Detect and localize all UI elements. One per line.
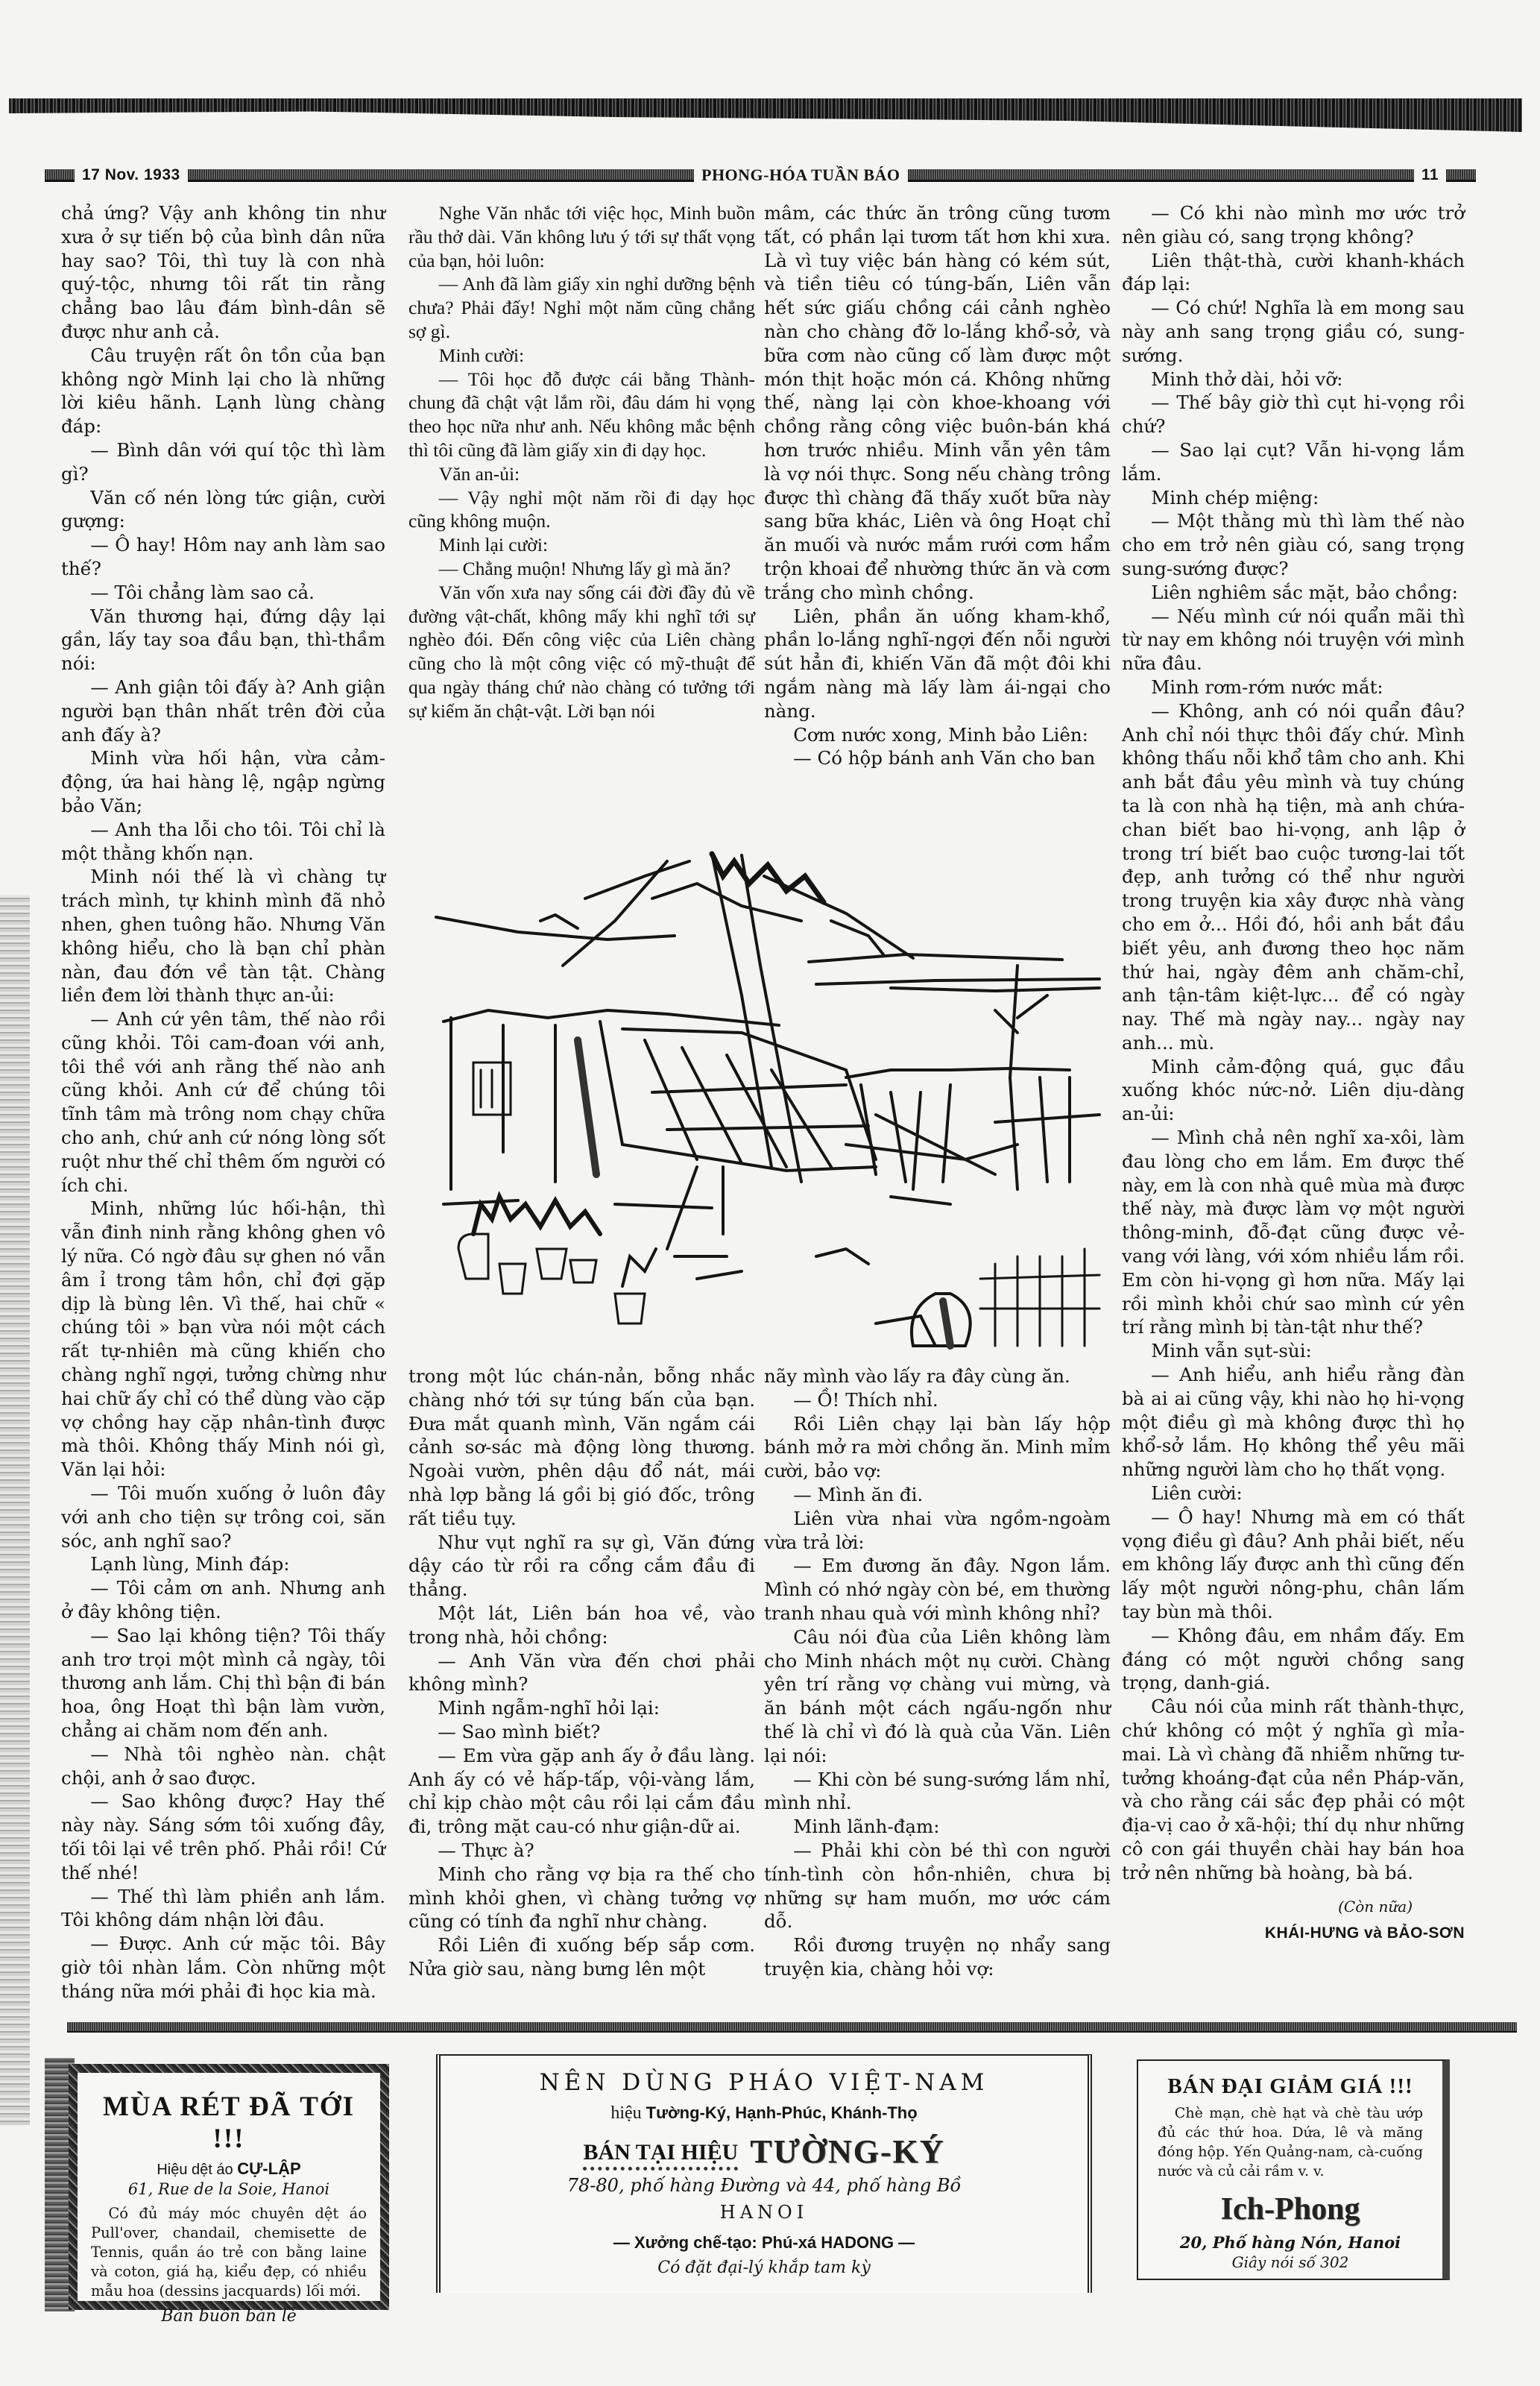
- article-paragraph: Nghe Văn nhắc tới việc học, Minh buồn rầ…: [408, 201, 755, 272]
- header-rule: [188, 169, 694, 182]
- article-column-1: chả ứng? Vậy anh không tin như xưa ở sự …: [61, 201, 385, 2003]
- ad-brands: Tường-Ký, Hạnh-Phúc, Khánh-Thọ: [646, 2103, 918, 2122]
- scan-edge-top: [9, 98, 1522, 136]
- article-paragraph: Minh thở dài, hỏi vỡ:: [1122, 368, 1465, 391]
- article-column-2-top: Nghe Văn nhắc tới việc học, Minh buồn rầ…: [408, 201, 755, 723]
- ad-subtitle: hiệu Tường-Ký, Hạnh-Phúc, Khánh-Thọ: [441, 2103, 1088, 2124]
- ad-brand: TƯỜNG-KÝ: [750, 2132, 944, 2171]
- page-number: 11: [1421, 166, 1439, 184]
- ad-ich-phong: BÁN ĐẠI GIẢM GIÁ !!! Chè mạn, chè hạt và…: [1137, 2059, 1450, 2280]
- article-paragraph: — Tôi cảm ơn anh. Nhưng anh ở đây không …: [61, 1576, 385, 1624]
- article-paragraph: — Phải khi còn bé thì con người tính-tìn…: [764, 1839, 1111, 1933]
- article-paragraph: Văn thương hại, đứng dậy lại gần, lấy ta…: [61, 605, 385, 676]
- article-paragraph: — Ô hay! Nhưng mà em có thất vọng điều g…: [1122, 1505, 1465, 1624]
- article-paragraph: Minh cảm-động quá, gục đầu xuống khóc nứ…: [1122, 1055, 1465, 1126]
- article-paragraph: Văn cố nén lòng tức giận, cười gượng:: [61, 486, 385, 534]
- ad-headline: BÁN ĐẠI GIẢM GIÁ !!!: [1158, 2074, 1423, 2099]
- ads-divider-rule: [67, 2022, 1517, 2033]
- article-paragraph: — Thế thì làm phiền anh lắm. Tôi không d…: [61, 1885, 385, 1933]
- article-paragraph: — Nhà tôi nghèo nàn. chật chội, anh ở sa…: [61, 1743, 385, 1790]
- ad-address: 78-80, phố hàng Đường và 44, phố hàng Bồ: [441, 2175, 1088, 2196]
- article-paragraph: — Có chứ! Nghĩa là em mong sau này anh s…: [1122, 296, 1465, 367]
- article-paragraph: — Tôi học đỗ được cái bằng Thành-chung đ…: [408, 368, 755, 462]
- article-paragraph: — Em vừa gặp anh ấy ở đầu làng. Anh ấy c…: [408, 1744, 755, 1839]
- article-paragraph: — Sao không được? Hay thế này này. Sáng …: [61, 1789, 385, 1884]
- article-paragraph: — Ồ! Thích nhỉ.: [764, 1388, 1111, 1412]
- article-paragraph: Rồi Liên đi xuống bếp sắp cơm. Nửa giờ s…: [408, 1933, 755, 1981]
- ad-cu-lap: MÙA RÉT ĐÃ TỚI !!! Hiệu dệt áo CỰ-LẬP 61…: [69, 2064, 389, 2310]
- article-paragraph: nãy mình vào lấy ra đây cùng ăn.: [764, 1364, 1111, 1388]
- article-paragraph: Câu nói của minh rất thành-thực, chứ khô…: [1122, 1695, 1465, 1884]
- article-paragraph: Rồi Liên chạy lại bàn lấy hộp bánh mở ra…: [764, 1412, 1111, 1483]
- article-paragraph: Minh, những lúc hối-hận, thì vẫn đinh ni…: [61, 1197, 385, 1482]
- article-paragraph: Liên nghiêm sắc mặt, bảo chồng:: [1122, 581, 1465, 605]
- article-paragraph: — Sao lại cụt? Vẫn hi-vọng lắm lắm.: [1122, 438, 1465, 486]
- ad-sub-prefix: Hiệu dệt áo: [157, 2162, 233, 2178]
- article-paragraph: Câu nói đùa của Liên không làm cho Minh …: [764, 1625, 1111, 1768]
- article-paragraph: Minh chép miệng:: [1122, 486, 1465, 510]
- article-paragraph: Minh ngẫm-nghĩ hỏi lại:: [408, 1696, 755, 1720]
- article-paragraph: trong một lúc chán-nản, bỗng nhắc chàng …: [408, 1364, 755, 1531]
- article-authors: KHÁI-HƯNG và BẢO-SƠN: [1122, 1921, 1465, 1945]
- article-paragraph: — Mình chả nên nghĩ xa-xôi, làm đau lòng…: [1122, 1126, 1465, 1339]
- ad-subtitle: Hiệu dệt áo CỰ-LẬP: [91, 2159, 367, 2179]
- article-paragraph: — Sao mình biết?: [408, 1720, 755, 1744]
- ad-footer: Bán buôn bán lẻ: [91, 2307, 367, 2326]
- ad-address: 20, Phố hàng Nón, Hanoi: [1158, 2233, 1423, 2252]
- article-paragraph: — Khi còn bé sung-sướng lắm nhỉ, mình nh…: [764, 1768, 1111, 1816]
- ad-brand: Ich-Phong: [1158, 2191, 1423, 2227]
- ad-city: HANOI: [441, 2202, 1088, 2223]
- article-paragraph: — Nếu mình cứ nói quẩn mãi thì từ nay em…: [1122, 605, 1465, 676]
- ad-brand: CỰ-LẬP: [237, 2159, 300, 2178]
- ad-agents: Có đặt đại-lý khắp tam kỳ: [441, 2258, 1088, 2277]
- article-paragraph: — Anh tha lỗi cho tôi. Tôi chỉ là một th…: [61, 818, 385, 866]
- article-paragraph: mâm, các thức ăn trông cũng tươm tất, có…: [764, 201, 1111, 605]
- article-paragraph: — Anh giận tôi đấy à? Anh giận người bạn…: [61, 676, 385, 746]
- article-paragraph: Minh vẫn sụt-sùi:: [1122, 1339, 1465, 1363]
- to-be-continued: (Còn nữa): [1122, 1895, 1465, 1919]
- article-paragraph: — Một thằng mù thì làm thế nào cho em tr…: [1122, 509, 1465, 580]
- article-paragraph: Lạnh lùng, Minh đáp:: [61, 1552, 385, 1576]
- article-paragraph: — Tôi muốn xuống ở luôn đây với anh cho …: [61, 1482, 385, 1552]
- article-column-2-bottom: trong một lúc chán-nản, bỗng nhắc chàng …: [408, 1364, 755, 1981]
- article-paragraph: — Tôi chẳng làm sao cả.: [61, 581, 385, 605]
- article-paragraph: — Anh Văn vừa đến chơi phải không mình?: [408, 1649, 755, 1697]
- article-paragraph: — Em đương ăn đây. Ngon lắm. Mình có nhớ…: [764, 1554, 1111, 1625]
- article-paragraph: Minh rơm-rớm nước mắt:: [1122, 676, 1465, 699]
- ad-body: Có đủ máy móc chuyên dệt áo Pull'over, c…: [91, 2204, 367, 2301]
- ad-headline: NÊN DÙNG PHÁO VIỆT-NAM: [441, 2069, 1088, 2096]
- article-paragraph: — Thực à?: [408, 1839, 755, 1863]
- article-paragraph: — Anh đã làm giấy xin nghỉ dưỡng bệnh ch…: [408, 272, 755, 343]
- article-paragraph: Cơm nước xong, Minh bảo Liên:: [764, 723, 1111, 747]
- issue-date: 17 Nov. 1933: [82, 166, 180, 184]
- article-paragraph: — Bình dân với quí tộc thì làm gì?: [61, 438, 385, 486]
- article-paragraph: Câu truyện rất ôn tồn của bạn không ngờ …: [61, 344, 385, 438]
- ad-sold-at-line: BÁN TẠI HIỆU TƯỜNG-KÝ: [441, 2132, 1088, 2171]
- article-paragraph: Như vụt nghĩ ra sự gì, Văn đứng dậy cáo …: [408, 1531, 755, 1602]
- article-paragraph: — Ô hay! Hôm nay anh làm sao thế?: [61, 533, 385, 581]
- article-paragraph: Rồi đương truyện nọ nhẩy sang truyện kia…: [764, 1933, 1111, 1981]
- article-paragraph: Minh cho rằng vợ bịa ra thế cho mình khỏ…: [408, 1863, 755, 1933]
- ad-body: Chè mạn, chè hạt và chè tàu ướp đủ các t…: [1158, 2103, 1423, 2181]
- ad-address: 61, Rue de la Soie, Hanoi: [91, 2180, 367, 2198]
- article-column-3-top: mâm, các thức ăn trông cũng tươm tất, có…: [764, 201, 1111, 770]
- article-column-3-bottom: nãy mình vào lấy ra đây cùng ăn.— Ồ! Thí…: [764, 1364, 1111, 1981]
- article-paragraph: Văn an-ủi:: [408, 462, 755, 486]
- article-paragraph: — Anh hiểu, anh hiểu rằng đàn bà ai ai c…: [1122, 1363, 1465, 1482]
- article-paragraph: — Không, anh có nói quẩn đâu? Anh chỉ nó…: [1122, 699, 1465, 1055]
- article-paragraph: — Không đâu, em nhầm đấy. Em đáng có một…: [1122, 1624, 1465, 1695]
- header-rule: [1446, 169, 1476, 182]
- article-paragraph: chả ứng? Vậy anh không tin như xưa ở sự …: [61, 201, 385, 344]
- article-paragraph: Minh nói thế là vì chàng tự trách mình, …: [61, 865, 385, 1007]
- article-paragraph: — Mình ăn đi.: [764, 1483, 1111, 1507]
- article-paragraph: Minh cười:: [408, 344, 755, 368]
- article-paragraph: — Có hộp bánh anh Văn cho ban: [764, 746, 1111, 770]
- article-paragraph: — Sao lại không tiện? Tôi thấy anh trơ t…: [61, 1624, 385, 1743]
- article-paragraph: Liên cười:: [1122, 1482, 1465, 1505]
- article-paragraph: Liên vừa nhai vừa ngồm-ngoàm vừa trả lời…: [764, 1507, 1111, 1555]
- ad-tuong-ky: NÊN DÙNG PHÁO VIỆT-NAM hiệu Tường-Ký, Hạ…: [436, 2054, 1092, 2293]
- article-paragraph: — Vậy nghỉ một năm rồi đi dạy học cũng k…: [408, 486, 755, 534]
- article-paragraph: — Được. Anh cứ mặc tôi. Bây giờ tôi nhàn…: [61, 1932, 385, 2003]
- article-paragraph: — Anh cứ yên tâm, thế nào rồi cũng khỏi.…: [61, 1007, 385, 1197]
- article-paragraph: Minh vừa hối hận, vừa cảm-động, ứa hai h…: [61, 746, 385, 817]
- article-paragraph: Liên thật-thà, cười khanh-khách đáp lại:: [1122, 249, 1465, 297]
- header-rule: [45, 169, 75, 182]
- article-paragraph: Minh lại cười:: [408, 533, 755, 557]
- header-rule: [908, 169, 1414, 182]
- article-paragraph: Liên, phần ăn uống kham-khổ, phần lo-lắn…: [764, 605, 1111, 723]
- page-header: 17 Nov. 1933 PHONG-HÓA TUẦN BÁO 11: [45, 166, 1476, 185]
- article-paragraph: Một lát, Liên bán hoa về, vào trong nhà,…: [408, 1602, 755, 1649]
- article-paragraph: — Chẳng muộn! Nhưng lấy gì mà ăn?: [408, 557, 755, 581]
- ad-headline: MÙA RÉT ĐÃ TỚI !!!: [91, 2091, 367, 2155]
- cottage-illustration: [429, 831, 1114, 1357]
- scan-edge-left: [0, 895, 30, 2125]
- newspaper-title: PHONG-HÓA TUẦN BÁO: [701, 166, 900, 185]
- article-paragraph: — Có khi nào mình mơ ước trở nên giàu có…: [1122, 201, 1465, 249]
- article-paragraph: Văn vốn xưa nay sống cái đời đầy đủ về đ…: [408, 581, 755, 723]
- ad-phone: Giây nói số 302: [1158, 2253, 1423, 2271]
- article-column-4-body: — Có khi nào mình mơ ước trở nên giàu có…: [1122, 201, 1465, 1885]
- article-column-4: — Có khi nào mình mơ ước trở nên giàu có…: [1122, 201, 1465, 1945]
- ad-sold-at: BÁN TẠI HIỆU: [583, 2140, 738, 2171]
- ad-sub-prefix: hiệu: [610, 2103, 641, 2123]
- article-paragraph: — Thế bây giờ thì cụt hi-vọng rồi chứ?: [1122, 391, 1465, 438]
- article-paragraph: Minh lãnh-đạm:: [764, 1815, 1111, 1839]
- ad-factory: — Xưởng chế-tạo: Phú-xá HADONG —: [441, 2233, 1088, 2253]
